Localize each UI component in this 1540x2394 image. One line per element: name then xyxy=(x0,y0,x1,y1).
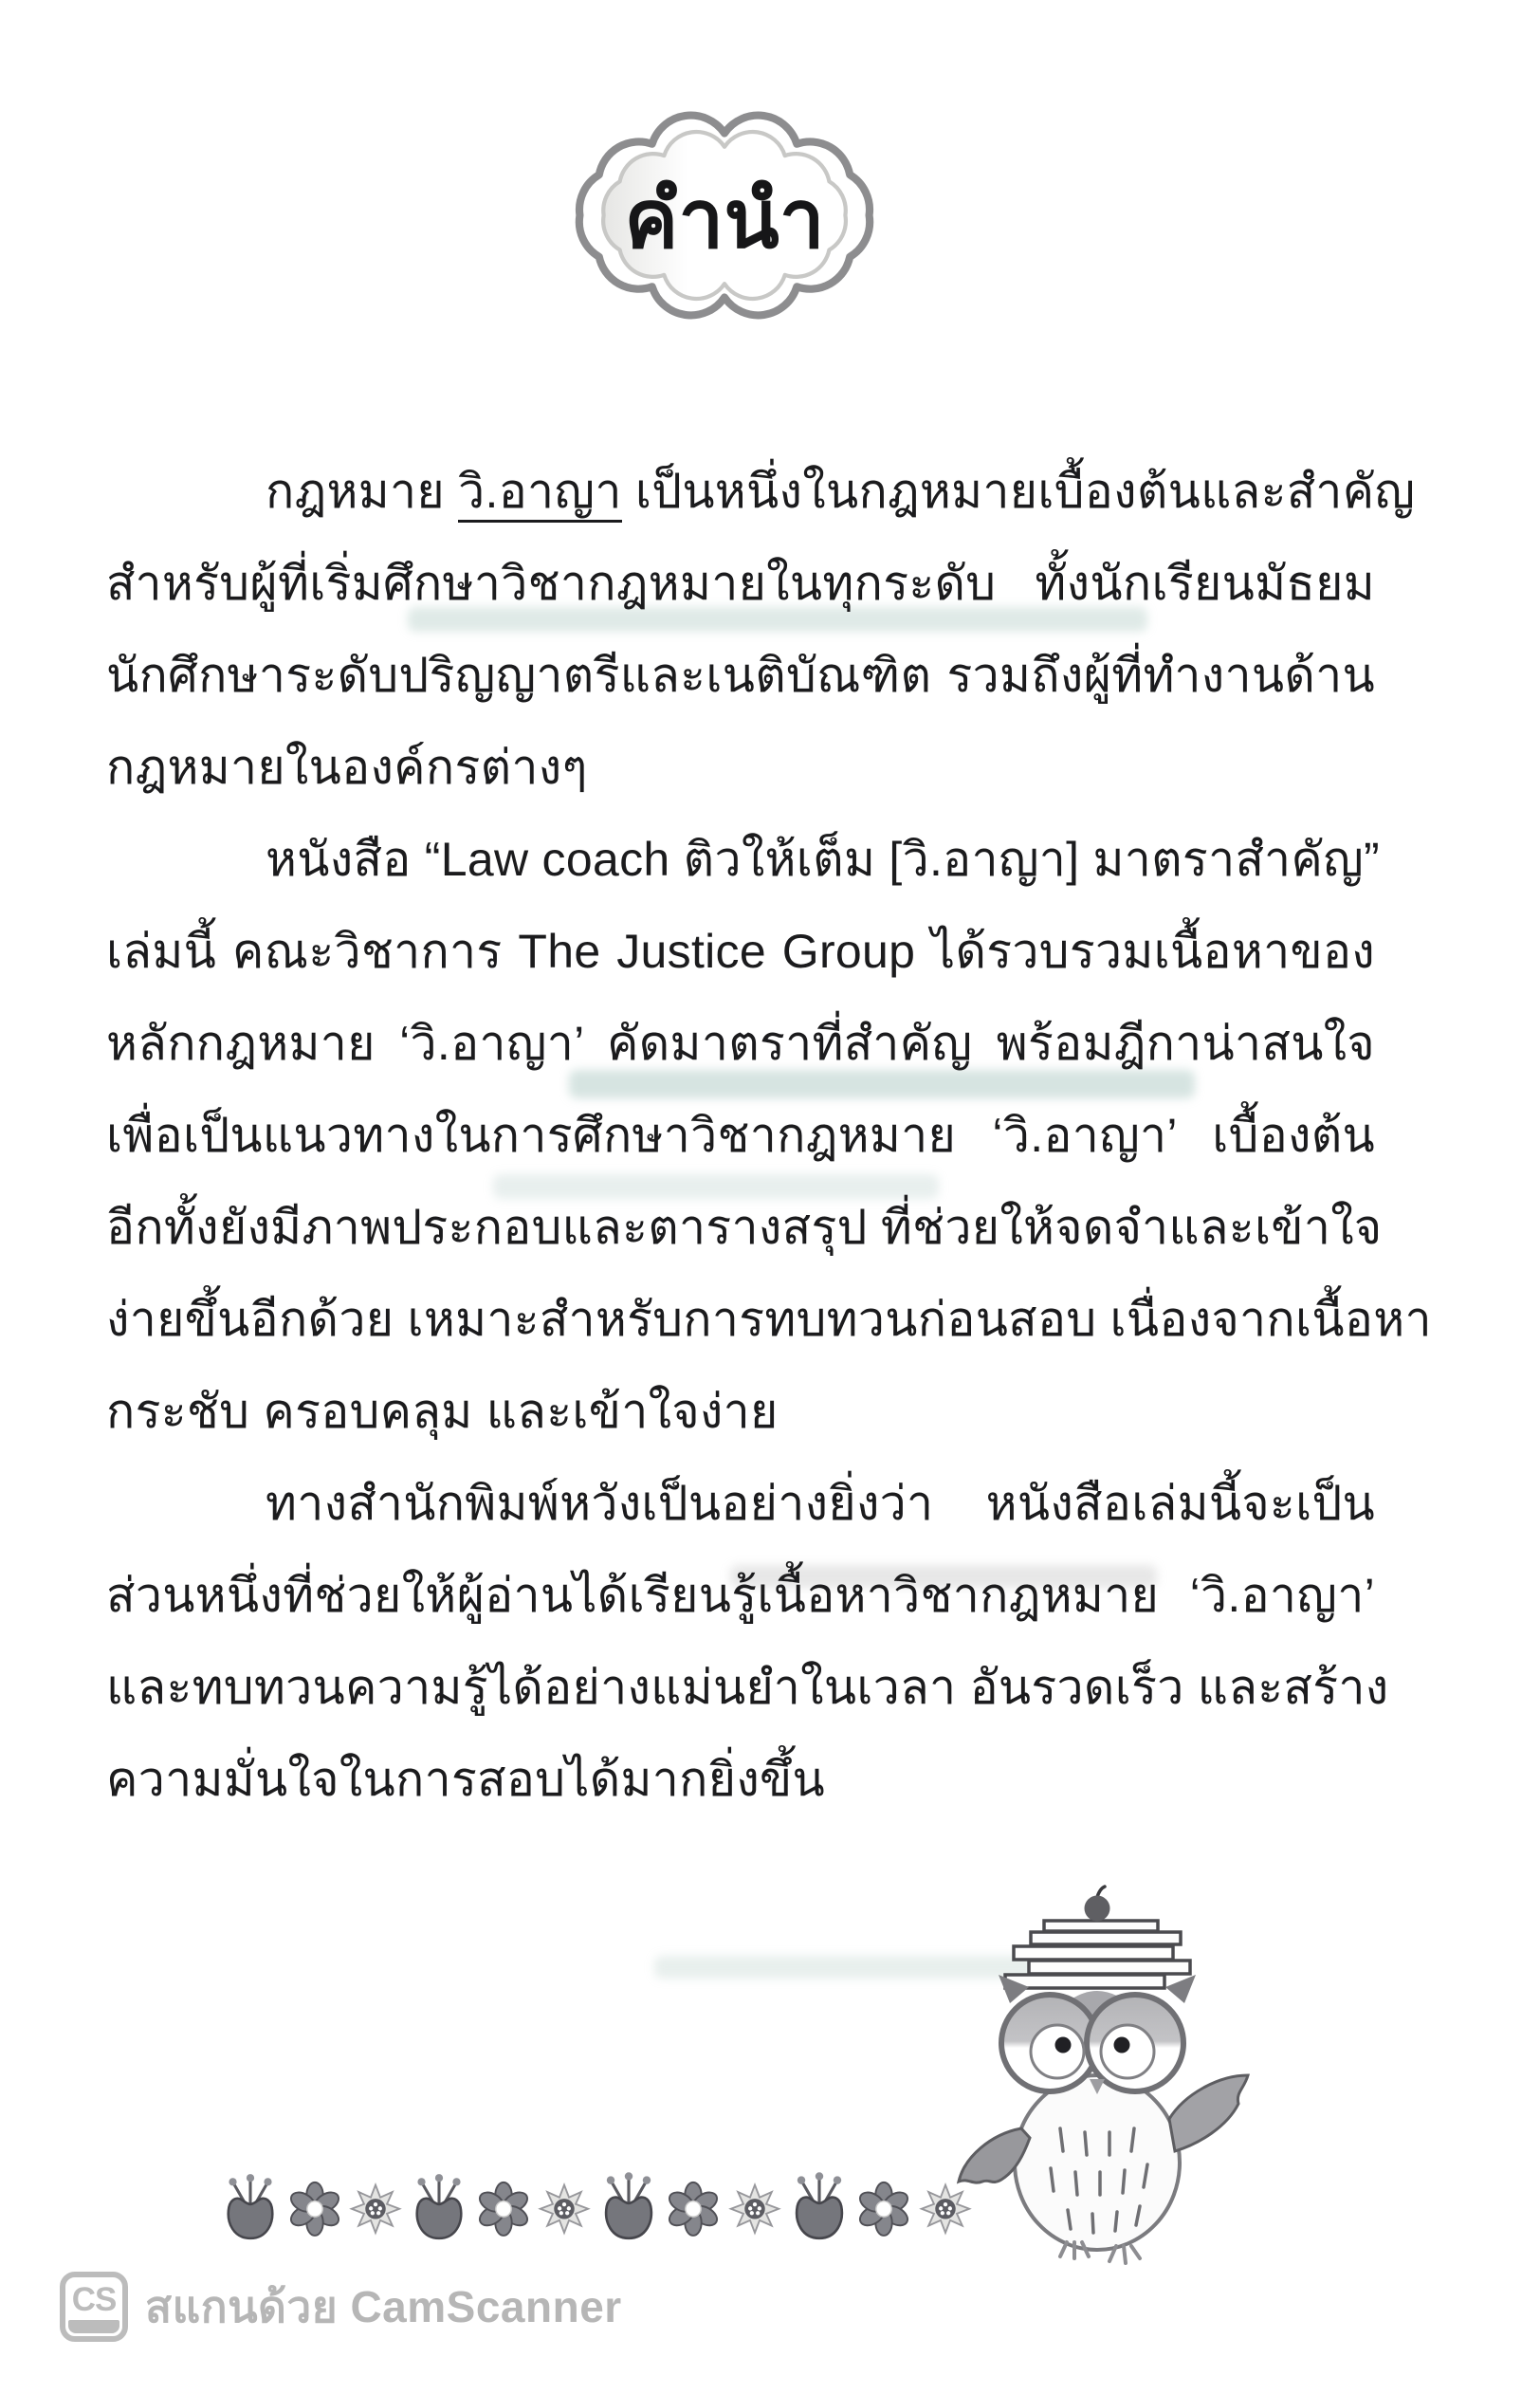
text-line: หลักกฎหมาย ‘วิ.อาญา’ คัดมาตราที่สำคัญ พร… xyxy=(106,998,1375,1090)
preface-body: กฎหมาย วิ.อาญา เป็นหนึ่งในกฎหมายเบื้องต้… xyxy=(106,446,1375,1826)
preface-title: คำนำ xyxy=(624,175,825,266)
owl-illustration xyxy=(953,1880,1266,2264)
star-flower-icon xyxy=(349,2170,402,2242)
text-line: และทบทวนความรู้ได้อย่างแม่นยำในเวลา อันร… xyxy=(106,1642,1375,1734)
tulip-flower-icon xyxy=(598,2168,659,2242)
star-flower-icon xyxy=(728,2170,781,2242)
daisy-flower-icon xyxy=(666,2170,721,2242)
text-segment: เป็นหนึ่งในกฎหมายเบื้องต้นและสำคัญ xyxy=(622,465,1416,518)
cloud-badge-shape: คำนำ xyxy=(556,108,893,322)
daisy-flower-icon xyxy=(476,2170,531,2242)
camscanner-logo-letters: CS xyxy=(65,2279,122,2321)
text-line: กฎหมายในองค์กรต่างๆ xyxy=(106,722,1375,814)
camscanner-logo: CS xyxy=(60,2272,128,2342)
text-line: สำหรับผู้ที่เริ่มศึกษาวิชากฎหมายในทุกระด… xyxy=(106,538,1375,630)
flower-border xyxy=(221,2170,972,2242)
camscanner-logo-chin xyxy=(68,2320,119,2333)
text-line: กฎหมาย วิ.อาญา เป็นหนึ่งในกฎหมายเบื้องต้… xyxy=(106,446,1375,538)
daisy-flower-icon xyxy=(287,2170,342,2242)
tulip-flower-icon xyxy=(410,2170,468,2242)
owl-with-books-icon xyxy=(953,1880,1266,2264)
camscanner-watermark: CS สแกนด้วย CamScanner xyxy=(60,2269,622,2345)
text-line: อีกทั้งยังมีภาพประกอบและตารางสรุป ที่ช่ว… xyxy=(106,1182,1375,1274)
text-line: เล่มนี้ คณะวิชาการ The Justice Group ได้… xyxy=(106,906,1375,998)
text-line: เพื่อเป็นแนวทางในการศึกษาวิชากฎหมาย ‘วิ.… xyxy=(106,1090,1375,1182)
text-line: ส่วนหนึ่งที่ช่วยให้ผู้อ่านได้เรียนรู้เนื… xyxy=(106,1550,1375,1642)
daisy-flower-icon xyxy=(856,2170,911,2242)
star-flower-icon xyxy=(538,2170,591,2242)
text-line: กระชับ ครอบคลุม และเข้าใจง่าย xyxy=(106,1366,1375,1458)
scanned-page: คำนำ กฎหมาย วิ.อาญา เป็นหนึ่งในกฎหมายเบื… xyxy=(0,0,1540,2394)
tulip-flower-icon xyxy=(789,2168,850,2242)
star-flower-icon xyxy=(919,2170,972,2242)
text-line: นักศึกษาระดับปริญญาตรีและเนติบัณฑิต รวมถ… xyxy=(106,630,1375,722)
text-line: ความมั่นใจในการสอบได้มากยิ่งขึ้น xyxy=(106,1734,1375,1826)
text-segment: กฎหมาย xyxy=(266,465,458,518)
text-line: หนังสือ “Law coach ติวให้เต็ม [วิ.อาญา] … xyxy=(106,814,1375,906)
tulip-flower-icon xyxy=(221,2170,280,2242)
text-line: ง่ายขึ้นอีกด้วย เหมาะสำหรับการทบทวนก่อนส… xyxy=(106,1274,1375,1366)
text-line: ทางสำนักพิมพ์หวังเป็นอย่างยิ่งว่า หนังสื… xyxy=(106,1458,1375,1550)
camscanner-label: สแกนด้วย CamScanner xyxy=(145,2273,622,2342)
preface-badge: คำนำ xyxy=(556,108,893,322)
underlined-term: วิ.อาญา xyxy=(458,465,622,523)
